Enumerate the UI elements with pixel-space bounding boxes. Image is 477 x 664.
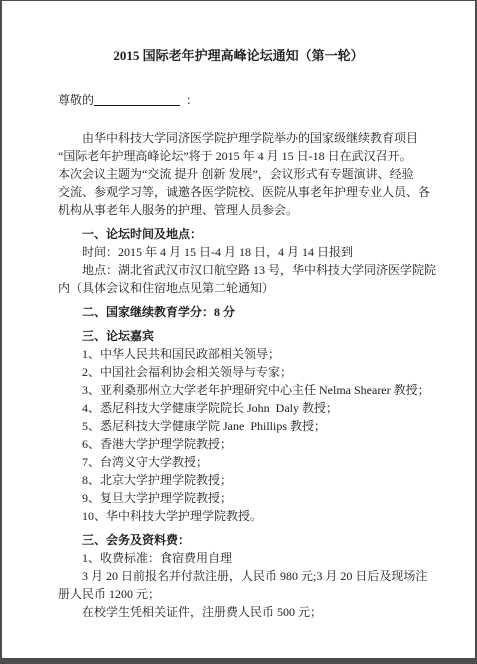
- text-line: 4、悉尼科技大学健康学院院长 John Daly 教授；: [58, 399, 419, 417]
- page-title: 2015 国际老年护理高峰论坛通知（第一轮）: [58, 47, 419, 65]
- text-line: 册人民币 1200 元；: [58, 585, 419, 603]
- text-line: 1、收费标准：食宿费用自理: [58, 549, 419, 567]
- text-line: 本次会议主题为“交流 提升 创新 发展”，会议形式有专题演讲、经验: [58, 165, 419, 183]
- text-line: 时间：2015 年 4 月 15 日-4 月 18 日，4 月 14 日报到: [58, 243, 419, 261]
- text-line: 10、华中科技大学护理学院教授。: [58, 507, 419, 525]
- greeting-blank-underline: [94, 92, 180, 106]
- text-line: 5、悉尼科技大学健康学院 Jane Phillips 教授；: [58, 417, 419, 435]
- page-frame: 2015 国际老年护理高峰论坛通知（第一轮） 尊敬的： 由华中科技大学同济医学院…: [0, 0, 477, 664]
- text-line: 8、北京大学护理学院教授；: [58, 471, 419, 489]
- greeting-prefix: 尊敬的: [58, 93, 94, 107]
- text-line: 由华中科技大学同济医学院护理学院举办的国家级继续教育项目: [58, 129, 419, 147]
- text-line: 3 月 20 日前报名并付款注册，人民币 980 元;3 月 20 日后及现场注: [58, 567, 419, 585]
- text-line: 交流、参观学习等，诚邀各医学院校、医院从事老年护理专业人员、各: [58, 183, 419, 201]
- text-line: 在校学生凭相关证件，注册费人民币 500 元；: [58, 603, 419, 621]
- text-line: 6、香港大学护理学院教授；: [58, 435, 419, 453]
- greeting-colon: ：: [186, 93, 198, 107]
- section-heading: 二、国家继续教育学分：8 分: [58, 303, 419, 321]
- section-heading: 一、论坛时间及地点：: [58, 225, 419, 243]
- text-line: 2、中国社会福利协会相关领导与专家；: [58, 363, 419, 381]
- text-line: 地点：湖北省武汉市汉口航空路 13 号，华中科技大学同济医学院院: [58, 261, 419, 279]
- text-line: 3、亚利桑那州立大学老年护理研究中心主任 Nelma Shearer 教授；: [58, 381, 419, 399]
- screenshot-root: { "document": { "title": "2015 国际老年护理高峰论…: [0, 0, 477, 664]
- document-lines: 由华中科技大学同济医学院护理学院举办的国家级继续教育项目“国际老年护理高峰论坛”…: [58, 129, 419, 621]
- document-page: 2015 国际老年护理高峰论坛通知（第一轮） 尊敬的： 由华中科技大学同济医学院…: [2, 1, 475, 658]
- greeting-line: 尊敬的：: [58, 91, 419, 109]
- text-line: 7、台湾义守大学教授；: [58, 453, 419, 471]
- text-line: 1、中华人民共和国民政部相关领导；: [58, 345, 419, 363]
- section-heading: 三、论坛嘉宾: [58, 327, 419, 345]
- text-line: 9、复旦大学护理学院教授；: [58, 489, 419, 507]
- section-heading: 三、会务及资料费：: [58, 531, 419, 549]
- text-line: 机构从事老年人服务的护理、管理人员参会。: [58, 201, 419, 219]
- text-line: “国际老年护理高峰论坛”将于 2015 年 4 月 15 日-18 日在武汉召开…: [58, 147, 419, 165]
- text-line: 内（具体会议和住宿地点见第二轮通知）: [58, 279, 419, 297]
